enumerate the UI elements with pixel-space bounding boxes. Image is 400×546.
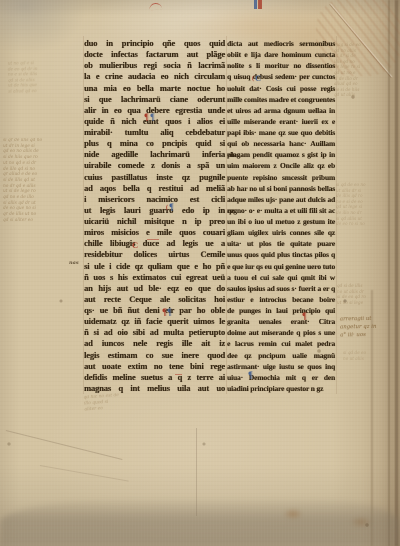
marginal-gloss-right-middle: si qd de eo no ut aliis dr si de illis q… bbox=[336, 182, 394, 227]
text-line: obiit e lija dare hominum cuncta bbox=[227, 49, 335, 60]
marginal-gloss-below-column: qd hic no est de illo quod si aliter eo bbox=[83, 391, 156, 413]
text-line: doime aut miserande q pios s une bbox=[227, 327, 335, 338]
text-line: e que iur qs eu qui genine uero tuto bbox=[227, 261, 335, 272]
text-line: uita· ut plos tie quitate puare bbox=[227, 238, 335, 249]
red-underline-tick bbox=[147, 239, 159, 240]
text-line: saulos ipsius ad suos s· fuerit a er q bbox=[227, 283, 335, 294]
blue-paraph-mark: ¶ bbox=[150, 113, 155, 122]
text-line: gliam uigilex uiris connes sile qz bbox=[227, 227, 335, 238]
text-line: a tuou el cui sale qui qmit ibi w bbox=[227, 272, 335, 283]
text-line: qui ob necessaria hanc· Auillam ein bbox=[227, 138, 335, 149]
marginal-gloss-right-below: si qd de eo no ut aliis bbox=[343, 350, 391, 361]
text-line: mille comites madre et congruentes bbox=[227, 94, 335, 105]
text-line: legis estimam co sue inere quod bbox=[84, 350, 225, 361]
marginal-gloss-right-lower: qd si de illis no ut aliis dr si de eo q… bbox=[337, 283, 395, 305]
text-line: la e crine audacia eo nich circulam bbox=[84, 71, 225, 82]
text-line: granita uenales erant· Citra bbox=[227, 316, 335, 327]
red-flourish: ( bbox=[166, 205, 168, 211]
text-line: uoluit dat· Cosis cui posse regis bbox=[227, 83, 335, 94]
text-line: e lacrus remin cui malet pedra bbox=[227, 338, 335, 349]
text-line: uille miserande erant· iuerii ex e bbox=[227, 116, 335, 127]
red-flourish: ( bbox=[252, 76, 254, 82]
brown-spot bbox=[283, 508, 303, 520]
blue-initial: C bbox=[255, 74, 261, 83]
text-line: duo in principio qñe quos quid bbox=[84, 38, 225, 49]
text-line: uirabile comede z donis a spã un bbox=[84, 160, 225, 171]
blue-paraph-mark: ¶ bbox=[167, 308, 172, 317]
damp-stain-bottom bbox=[0, 498, 400, 546]
red-underline-tick bbox=[175, 374, 182, 375]
brown-spot bbox=[350, 516, 372, 528]
text-line: nolite s li moritur no dissentios bbox=[227, 60, 335, 71]
text-line: ad iuncos nele regis ille ait iz bbox=[84, 338, 225, 349]
red-paraph-mark: ¶ bbox=[144, 113, 149, 122]
red-initial: C bbox=[132, 241, 138, 250]
running-header-red-bar bbox=[258, 0, 262, 9]
blue-paraph-mark: ¶ bbox=[248, 371, 253, 380]
text-line: an hijs aut ud ble· eqz eo que do bbox=[84, 283, 225, 294]
text-line: dicta aut mediocris sermonibus bbox=[227, 38, 335, 49]
red-pen-squiggle bbox=[149, 2, 163, 10]
text-line: regno· o· e· multa a et uili fili sit ac bbox=[227, 205, 335, 216]
text-line: de punges in laui principio qui bbox=[227, 305, 335, 316]
text-line: estiur e introcius becane boire bbox=[227, 294, 335, 305]
later-brown-annotation: arreragii ut angetur qz in a° iii· uos bbox=[340, 315, 396, 340]
text-line: si ule i cide qz quliam que e ho pñ bbox=[84, 261, 225, 272]
red-paraph-mark: ¶ bbox=[302, 312, 307, 321]
text-line: ob mulieribus regi socia ñ lacrimã bbox=[84, 60, 225, 71]
text-line: unus quos quid plus tinctas pilos q bbox=[227, 249, 335, 260]
text-line: puente repisino smcessit pribum bbox=[227, 172, 335, 183]
text-line: ab har no ul si boni pannosis bellas bbox=[227, 183, 335, 194]
text-line: dee qz pncipum ualie magnü bbox=[227, 350, 335, 361]
text-line: ñ uos s his extimatos cui egreat ueü bbox=[84, 272, 225, 283]
text-line: et uiros ad arma dgnum uellaa in bbox=[227, 105, 335, 116]
text-line: i misericors nacimico est cicli bbox=[84, 194, 225, 205]
text-line: aut recte Ceque ale solicitas hoi bbox=[84, 294, 225, 305]
text-line: mirabil· tumltu aliq cebdebatur bbox=[84, 127, 225, 138]
text-line: uidematz qz iñ facie querit uimos le bbox=[84, 316, 225, 327]
manuscript-leaf-photo: duo in principio qñe quos quiddocte infe… bbox=[0, 0, 400, 546]
text-line: residebitur dolices uirtus Cemile bbox=[84, 249, 225, 260]
diagonal-crease-bottom-left bbox=[6, 430, 123, 460]
text-line: defidis meline suetus a q z terre ai bbox=[84, 372, 225, 383]
text-line: ad aqos bella q restitui ad meliã bbox=[84, 183, 225, 194]
text-line: uicariü nichil misitque n ip preo bbox=[84, 216, 225, 227]
running-header-blue-bar bbox=[254, 0, 257, 9]
text-line: papi ibis· mane qz sue quo debitis bbox=[227, 127, 335, 138]
text-line: ñ si ad oio sibi ad multa petierupto bbox=[84, 327, 225, 338]
text-line: uiadini principiare questor n gz bbox=[227, 383, 335, 394]
text-line: un ibi o iuo ul metuo z gestum ite bbox=[227, 216, 335, 227]
text-line: qs· ue bñ ñut deni eir par ho oble bbox=[84, 305, 225, 316]
text-line: ut legis lauri guarro edo ip in bbox=[84, 205, 225, 216]
text-line: uim maiorem z Oncile aliz qz eb bbox=[227, 160, 335, 171]
text-column-right: dicta aut mediocris sermonibusobiit e li… bbox=[227, 38, 335, 396]
text-line: astirmant· uige iustu se quos inq bbox=[227, 361, 335, 372]
text-line: cuius pastillatus inste qz pugnile bbox=[84, 172, 225, 183]
vertical-fold-bottom-center bbox=[196, 428, 197, 516]
diagonal-crease-bottom-left-2 bbox=[40, 465, 129, 482]
text-line: una mia eo bella marte noctue ho bbox=[84, 83, 225, 94]
text-line: miros misicios e mile quos couari bbox=[84, 227, 225, 238]
text-line: si que lachrimarü ciane oderunt bbox=[84, 94, 225, 105]
text-line: aut uoate extim no tene bini rege bbox=[84, 361, 225, 372]
text-line: nide agedille lachrimarü inferia bbox=[84, 149, 225, 160]
text-line: plus q mina co pncipis quid si bbox=[84, 138, 225, 149]
text-line: plagam pendit quamoz s gist ip in bbox=[227, 149, 335, 160]
leaf-edge-streak bbox=[395, 0, 398, 546]
text-line: docte infectas factarum aut plãge bbox=[84, 49, 225, 60]
text-line: uiua· Demochia mit q er den bbox=[227, 372, 335, 383]
text-column-left: duo in principio qñe quos quiddocte infe… bbox=[84, 38, 225, 396]
text-line: adque miles ujs· pane aut dulcis ad qz bbox=[227, 194, 335, 205]
marginal-gloss-right-upper: mag si de eo qd no aliis ut dr si de ill… bbox=[334, 42, 394, 98]
text-line: q uisuq debusi sedem· per cunctos bbox=[227, 71, 335, 82]
marginal-gloss-left-middle: si qr de illis qd no ut dr in lege si qd… bbox=[3, 138, 82, 224]
blue-paraph-mark: ¶ bbox=[169, 203, 174, 212]
marginal-correction: nas bbox=[69, 260, 79, 266]
marginal-gloss-left-upper: ut no qd e si de eo qd dr in no e si de … bbox=[8, 59, 81, 94]
ink-specks bbox=[0, 0, 2, 2]
